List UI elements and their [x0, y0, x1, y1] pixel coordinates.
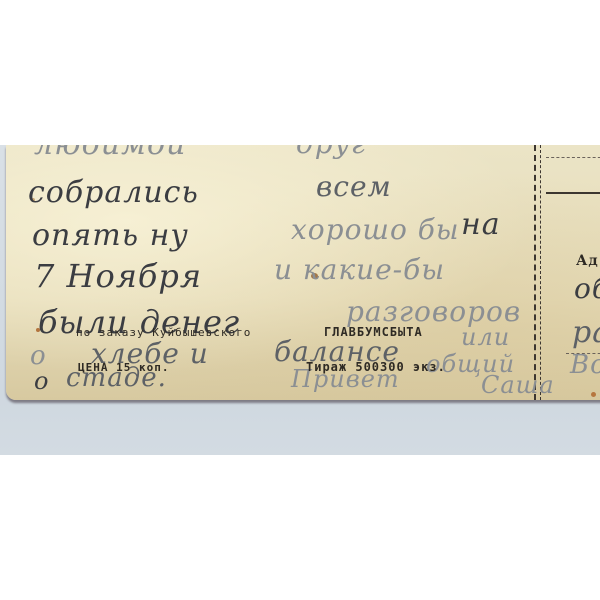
handwriting-word: Во	[570, 350, 600, 380]
address-solid-line	[546, 192, 600, 194]
handwriting-word: друг	[296, 145, 366, 160]
printed-imprint-right: ГЛАВБУМСБЫТА	[324, 325, 423, 339]
handwriting-word: на	[461, 207, 501, 242]
stain	[591, 392, 596, 397]
handwriting-word: всем	[316, 170, 392, 203]
handwriting-word: об	[574, 272, 600, 305]
handwriting-line: любимой	[34, 145, 186, 162]
handwriting-word: и какие-бы	[274, 253, 445, 286]
printed-imprint-left: по заказу Куйбышевского	[76, 326, 251, 339]
printed-print-run: Тираж 500300 экз.	[306, 360, 446, 374]
handwriting-word: или	[461, 323, 510, 351]
address-label: Ад	[576, 253, 599, 269]
handwriting-line: 7 Ноября	[34, 257, 202, 295]
handwriting-word: хорошо бы	[291, 213, 460, 246]
postcard: любимой друг собрались всем опять ну хор…	[6, 145, 600, 400]
handwriting-line: собрались	[28, 175, 199, 210]
handwriting-word: ра	[572, 315, 600, 350]
divider-line	[534, 145, 536, 400]
handwriting-word: Саша	[481, 371, 555, 399]
address-dotted-line	[546, 157, 600, 158]
divider-line-inner	[540, 145, 541, 400]
printed-price: ЦЕНА 15 коп.	[78, 361, 169, 374]
handwriting-line: опять ну	[32, 218, 189, 253]
handwriting-word: о	[34, 367, 49, 395]
